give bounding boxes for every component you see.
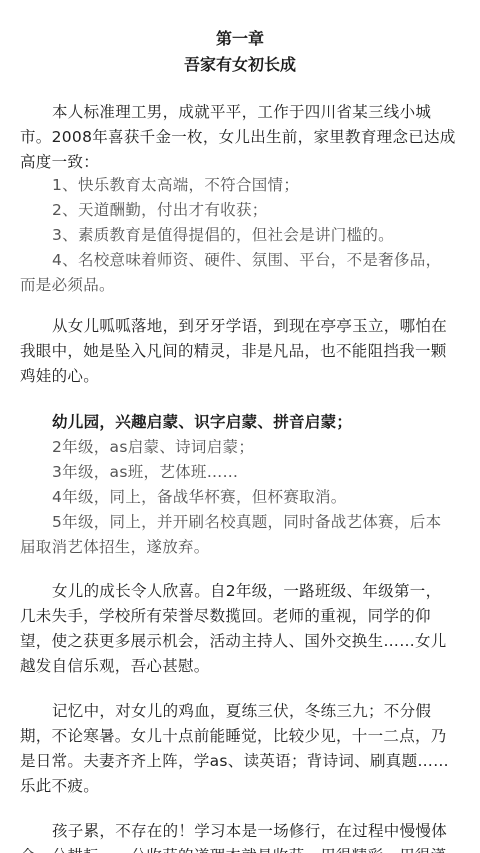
paragraph-line-clipped: 会一分耕耘，一分收获的道理本就是收获，用得精彩，用得潇 (20, 845, 460, 853)
grade-item: 幼儿园，兴趣启蒙、识字启蒙、拼音启蒙； (52, 411, 480, 433)
grade-item-continuation: 届取消艺体招生，遂放弃。 (20, 536, 460, 558)
chapter-title: 吾家有女初长成 (0, 52, 480, 75)
paragraph-line: 市。2008年喜获千金一枚，女儿出生前，家里教育理念已达成 (20, 126, 460, 148)
paragraph-line: 是日常。夫妻齐齐上阵，学as、读英语；背诗词、刷真题…… (20, 750, 460, 772)
paragraph-line: 越发自信乐观，吾心甚慰。 (20, 655, 460, 677)
list-item-continuation: 而是必须品。 (20, 274, 460, 296)
paragraph-line: 从女儿呱呱落地，到牙牙学语，到现在亭亭玉立，哪怕在 (52, 315, 480, 337)
paragraph-line: 女儿的成长令人欣喜。自2年级，一路班级、年级第一， (52, 580, 480, 602)
grade-item: 5年级，同上，并开刷名校真题，同时备战艺体赛，后本 (52, 511, 480, 533)
paragraph-line: 几未失手，学校所有荣誉尽数揽回。老师的重视，同学的仰 (20, 605, 460, 627)
paragraph-line: 我眼中，她是坠入凡间的精灵，非是凡品，也不能阻挡我一颗 (20, 340, 460, 362)
paragraph-line: 孩子累，不存在的！学习本是一场修行，在过程中慢慢体 (52, 820, 480, 842)
list-item: 4、名校意味着师资、硬件、氛围、平台，不是奢侈品， (52, 249, 480, 271)
grade-item: 3年级，as班，艺体班…… (52, 461, 480, 483)
paragraph-line: 鸡娃的心。 (20, 365, 460, 387)
paragraph-line: 本人标准理工男，成就平平，工作于四川省某三线小城 (52, 101, 480, 123)
paragraph-line: 乐此不疲。 (20, 775, 460, 797)
paragraph-line: 期，不论寒暑。女儿十点前能睡觉，比较少见，十一二点，乃 (20, 725, 460, 747)
paragraph-line: 望，使之获更多展示机会，活动主持人、国外交换生……女儿 (20, 630, 460, 652)
chapter-number: 第一章 (0, 26, 480, 49)
list-item: 1、快乐教育太高端，不符合国情； (52, 174, 480, 196)
paragraph-line: 高度一致： (20, 151, 460, 173)
list-item: 3、素质教育是值得提倡的，但社会是讲门槛的。 (52, 224, 480, 246)
paragraph-line: 记忆中，对女儿的鸡血，夏练三伏，冬练三九；不分假 (52, 700, 480, 722)
list-item: 2、天道酬勤，付出才有收获； (52, 199, 480, 221)
grade-item: 4年级，同上，备战华杯赛，但杯赛取消。 (52, 486, 480, 508)
grade-item: 2年级，as启蒙、诗词启蒙； (52, 436, 480, 458)
